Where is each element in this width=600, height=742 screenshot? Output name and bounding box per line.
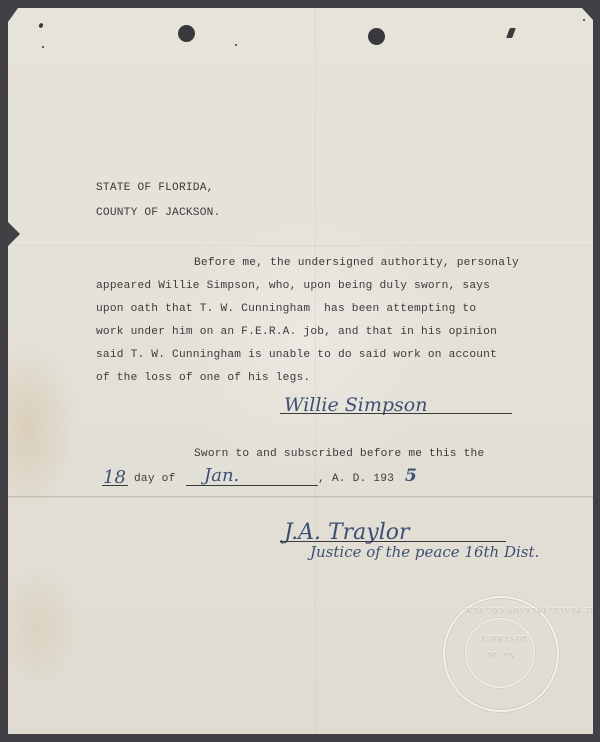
speck — [583, 19, 585, 21]
handwritten-year-digit: 5 — [405, 468, 417, 485]
handwritten-month: Jan. — [204, 467, 239, 485]
day-line — [102, 485, 128, 486]
county-heading: COUNTY OF JACKSON. — [96, 208, 220, 219]
speck — [235, 44, 237, 46]
document-page: STATE OF FLORIDA, COUNTY OF JACKSON. Bef… — [8, 8, 593, 734]
body-line-6: of the loss of one of his legs. — [96, 373, 310, 384]
fold-line — [8, 496, 593, 499]
fold-line — [8, 245, 593, 247]
fold-line-vertical — [315, 8, 316, 734]
body-line-4: work under him on an F.E.R.A. job, and t… — [96, 327, 497, 338]
day-of-label: day of — [134, 474, 175, 485]
month-line — [186, 485, 318, 486]
body-line-1: Before me, the undersigned authority, pe… — [194, 258, 519, 269]
officer-signature-line — [280, 541, 506, 542]
officer-title: Justice of the peace 16th Dist. — [310, 545, 539, 560]
punch-hole — [178, 25, 195, 42]
seal-outer-text: JUSTICE OF THE PEACE, JACKSON CO., FLA. — [463, 606, 600, 614]
seal-number: No. 16 — [487, 650, 515, 659]
punch-hole — [368, 28, 385, 45]
body-line-5: said T. W. Cunningham is unable to do sa… — [96, 350, 497, 361]
signature-line — [280, 413, 512, 414]
tear-mark — [506, 28, 516, 38]
embossed-seal: JUSTICE OF THE PEACE, JACKSON CO., FLA. … — [443, 596, 559, 712]
jurat-line: Sworn to and subscribed before me this t… — [194, 449, 484, 460]
anno-domini-label: , A. D. 193 — [318, 474, 394, 485]
speck — [42, 46, 44, 48]
state-heading: STATE OF FLORIDA, — [96, 183, 214, 194]
body-line-2: appeared Willie Simpson, who, upon being… — [96, 281, 490, 292]
seal-inner-text: DISTRICT — [479, 634, 526, 643]
tear-mark — [38, 22, 44, 28]
body-line-3: upon oath that T. W. Cunningham has been… — [96, 304, 476, 315]
